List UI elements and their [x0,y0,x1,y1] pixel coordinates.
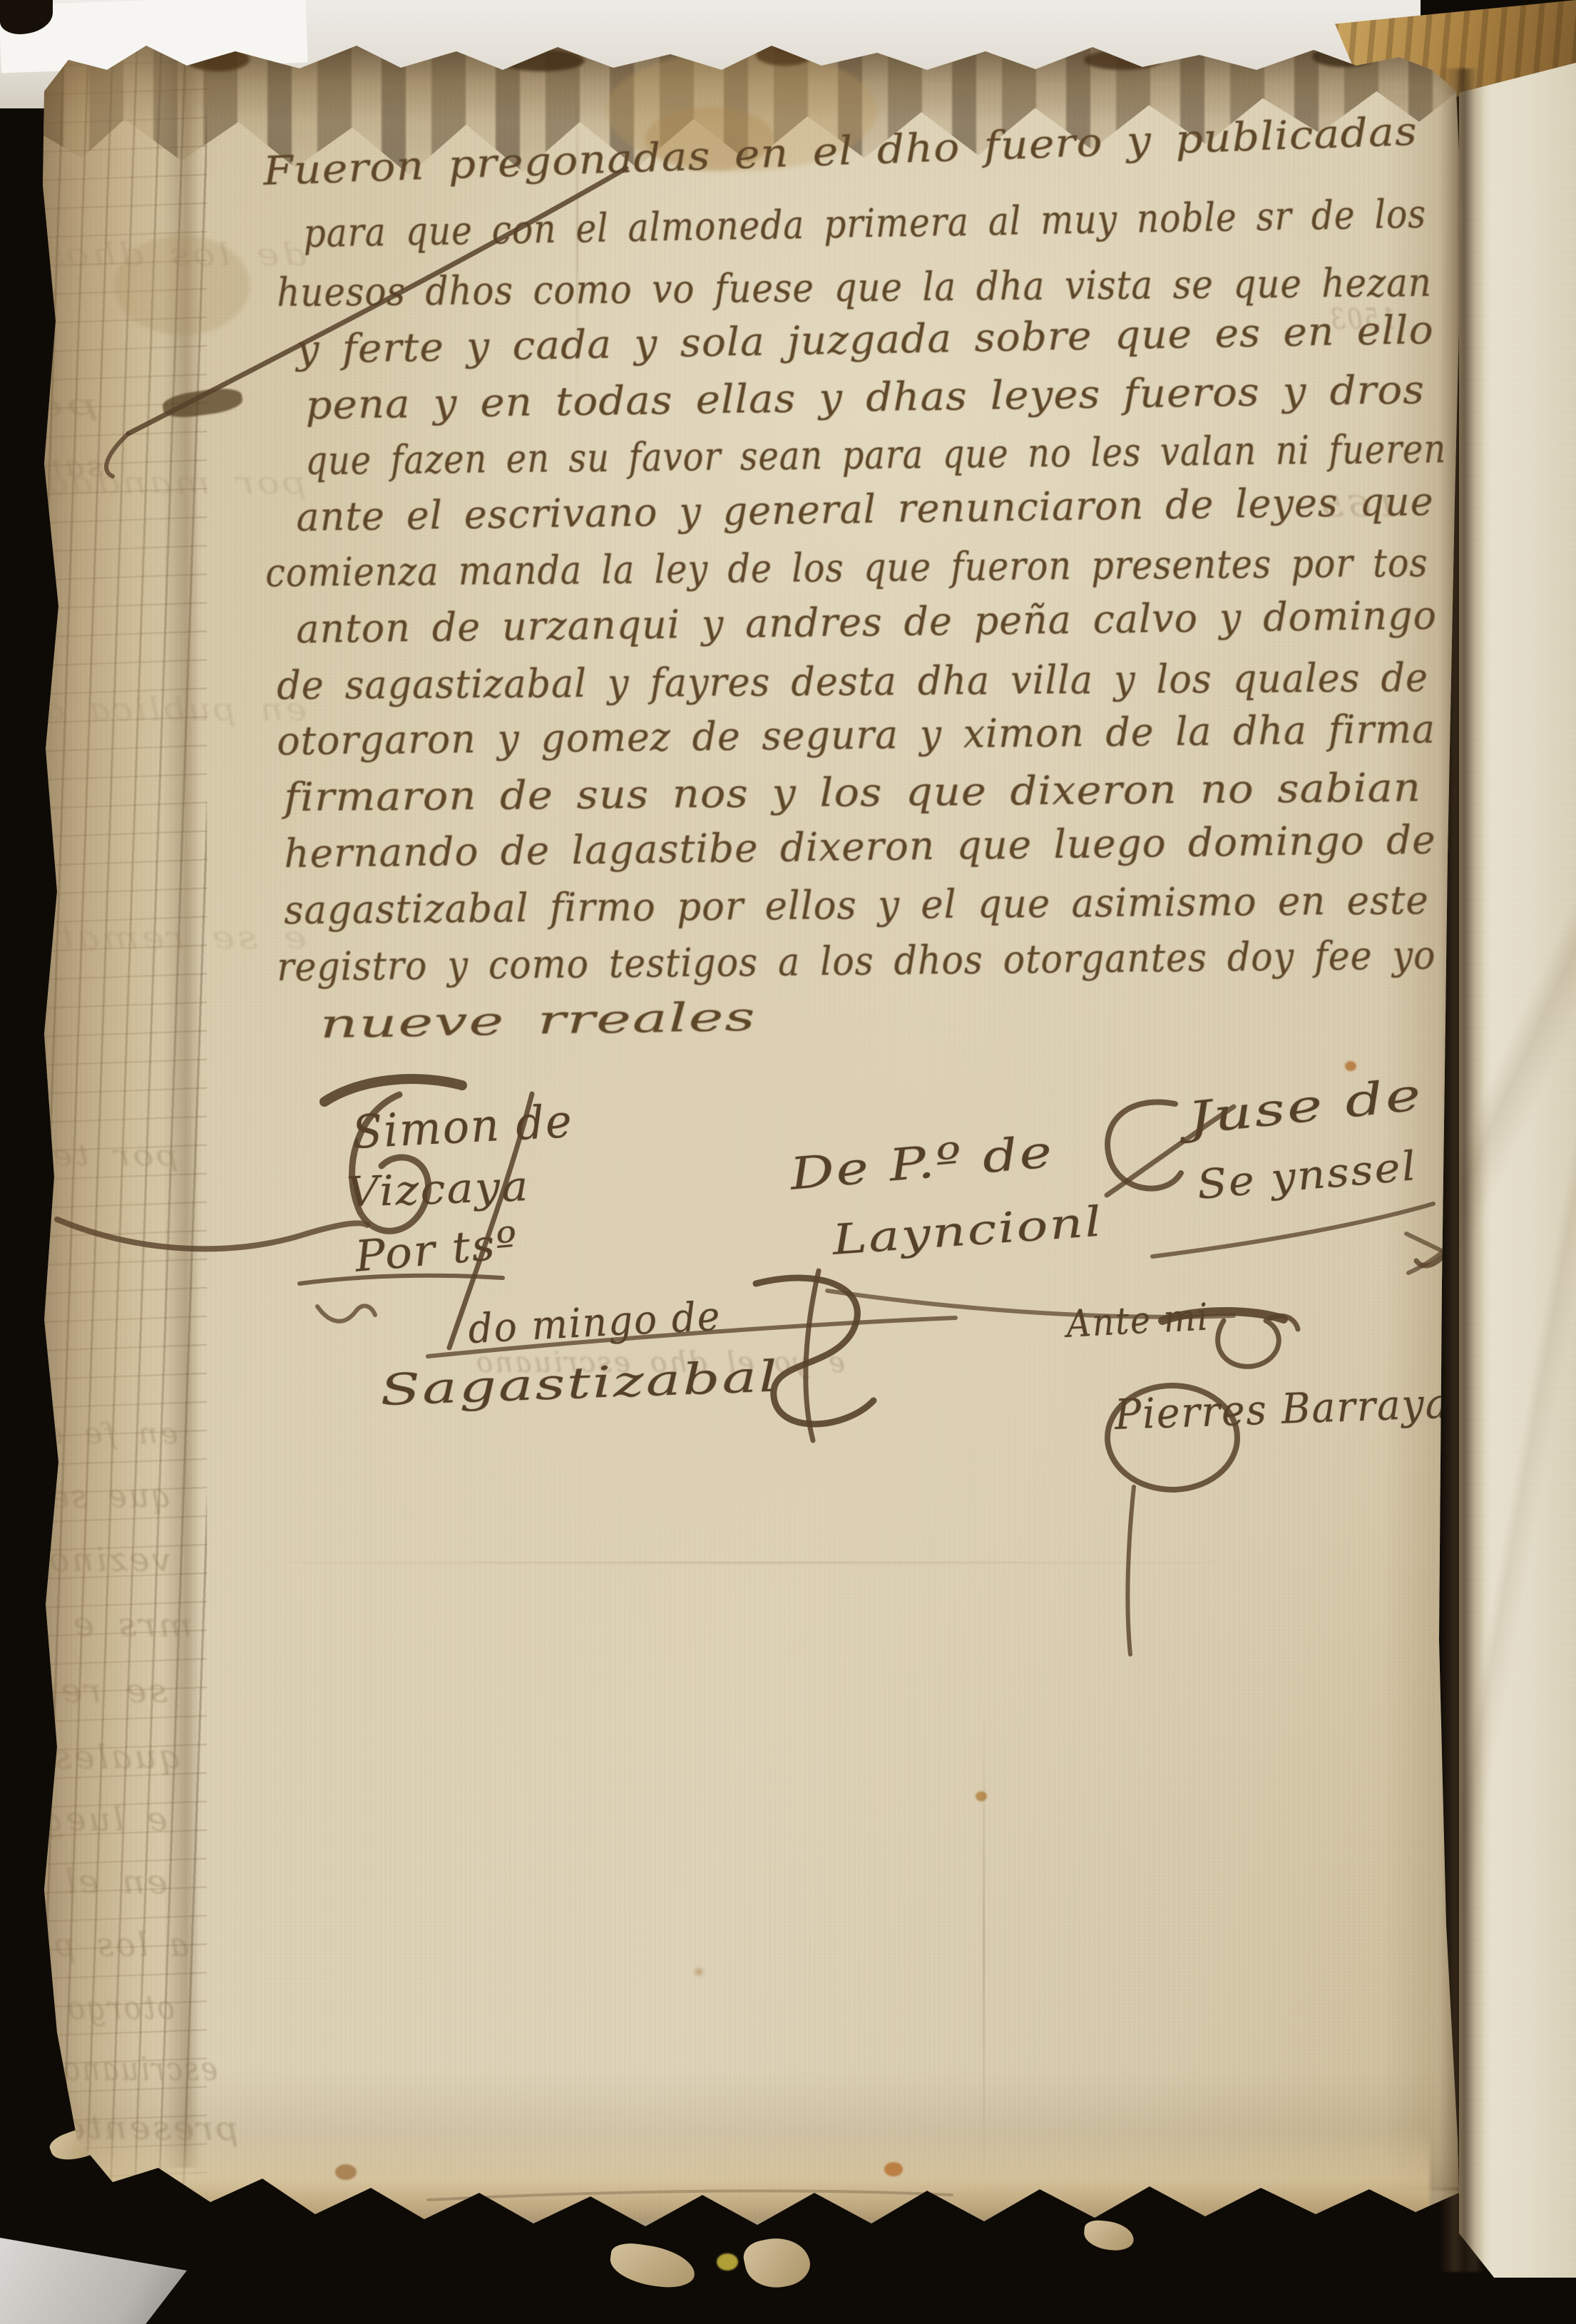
manuscript-photo: de los dhos bienes muebles que se vendie… [0,0,1576,2324]
f-ascender-stroke [128,168,626,434]
manuscript-page: de los dhos bienes muebles que se vendie… [0,0,1576,2324]
table-surface [0,2238,187,2324]
simon-paraph-loop [352,1095,429,1231]
pedro-underline [827,1291,1234,1317]
ink-flourishes [0,0,1576,2324]
debris-spot [717,2253,738,2271]
small-rubric [317,1306,375,1321]
barraya-circle [1107,1386,1237,1490]
paper-shard [608,2241,697,2291]
paper-shard [1083,2219,1135,2252]
ante-mi-heart-loop [1218,1316,1298,1366]
barraya-descender [1127,1487,1134,1654]
center-underline [428,1318,956,1356]
faint-bottom-line [428,2191,952,2200]
simon-descender [449,1094,532,1348]
juse-paraph-circle [1107,1102,1181,1189]
page-gutter-shadow [1439,68,1485,2272]
f-hook [106,434,128,476]
sagastizabal-rubric-bar [806,1271,819,1440]
left-sweep [57,1219,367,1249]
juse-underline [1152,1204,1433,1256]
paper-shard [741,2231,814,2293]
